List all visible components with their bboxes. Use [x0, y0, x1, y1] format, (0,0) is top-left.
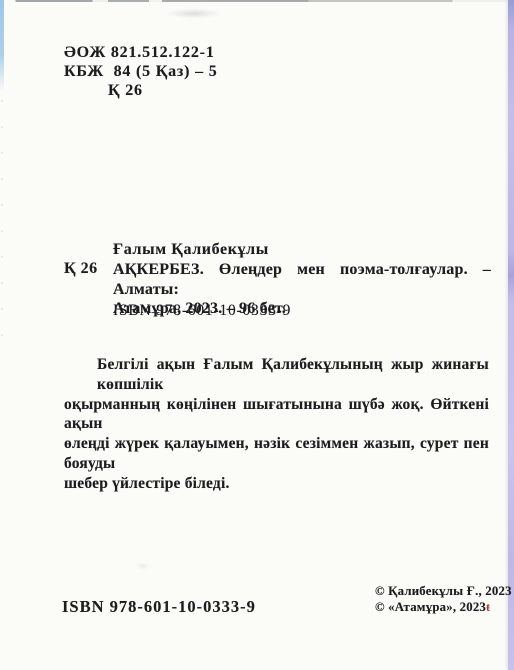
udc-code-line: ӘОЖ 821.512.122-1	[64, 43, 218, 62]
scan-artifact-left-specks	[1, 100, 3, 360]
scan-artifact-smudge-bottom	[136, 563, 150, 569]
author-sign-line: Қ 26	[64, 81, 218, 100]
entry-author-sign: Қ 26	[64, 260, 98, 278]
isbn-entry: ISBN 978-601-10-0333-9	[113, 302, 291, 320]
scanned-imprint-page: { "colors": { "ink": "#1d1d20", "edge_bl…	[0, 0, 514, 670]
bbk-code-line: КБЖ 84 (5 Қаз) – 5	[64, 62, 218, 81]
annotation-paragraph: Белгілі ақын Ғалым Қалибекұлының жыр жин…	[64, 355, 489, 494]
isbn-footer: ISBN 978-601-10-0333-9	[62, 597, 256, 617]
page-edge-right-lavender	[508, 0, 514, 670]
red-stray-mark: ŧ	[486, 600, 491, 615]
copyright-publisher-line: © «Атамұра», 2023	[375, 600, 512, 616]
author-name: Ғалым Қалибекұлы	[113, 241, 269, 259]
annotation-line: өлеңді жүрек қалауымен, нәзік сезіммен ж…	[64, 434, 489, 474]
cataloguing-codes-block: ӘОЖ 821.512.122-1 КБЖ 84 (5 Қаз) – 5 Қ 2…	[64, 43, 218, 100]
page-edge-left-blue	[0, 0, 4, 92]
page-edge-top	[0, 0, 514, 2]
scan-artifact-smudge-top	[166, 9, 222, 18]
annotation-line: оқырманның көңілінен шығатынына шүбә жоқ…	[64, 395, 489, 435]
copyright-block: © Қалибекұлы Ғ., 2023 © «Атамұра», 2023	[375, 584, 512, 616]
copyright-author-line: © Қалибекұлы Ғ., 2023	[375, 584, 512, 600]
annotation-line: Белгілі ақын Ғалым Қалибекұлының жыр жин…	[64, 355, 489, 395]
annotation-line: шебер үйлестіре біледі.	[64, 474, 489, 494]
entry-title-line: АҚКЕРБЕЗ. Өлеңдер мен поэма-толғаулар. –…	[113, 260, 491, 299]
